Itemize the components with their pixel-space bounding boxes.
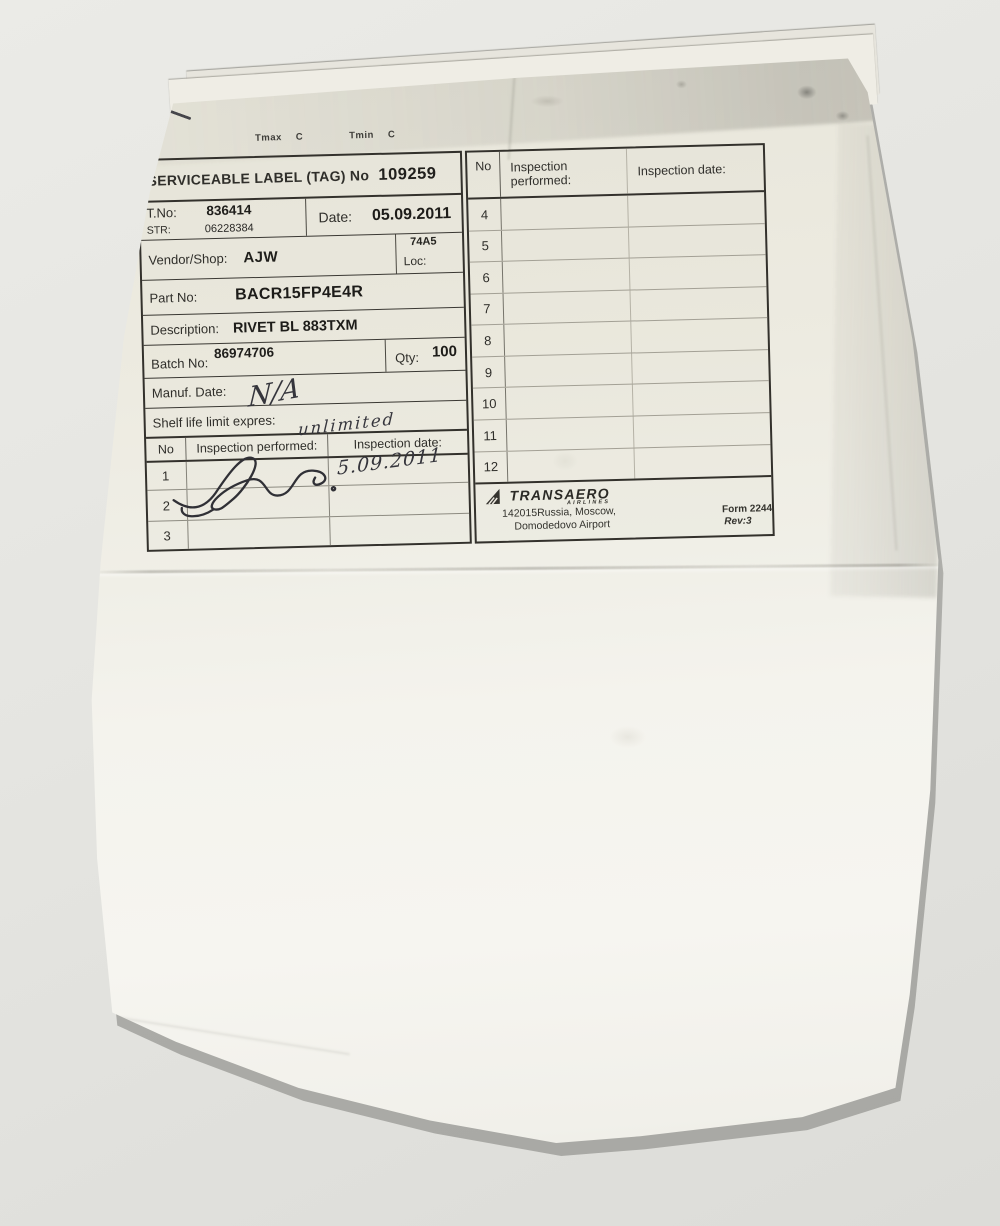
date-label: Date: — [318, 208, 352, 225]
inspection-rows: 4 5 6 7 8 9 10 11 12 — [468, 192, 771, 484]
qty-label: Qty: — [395, 350, 419, 366]
serviceable-label-form: SERVICEABLE LABEL (TAG) No 109259 T.No: … — [137, 143, 775, 552]
str-label: STR: — [147, 224, 171, 237]
performed-cell — [188, 517, 331, 549]
photo-scene: TmaxCTminC SERVICEABLE LABEL (TAG) No 10… — [0, 0, 1000, 1226]
qty-cell: Qty: 100 — [385, 338, 466, 372]
col-performed-header: Inspection performed: — [500, 149, 628, 197]
performed-cell — [504, 322, 632, 356]
form-revision: Rev:3 — [724, 516, 752, 528]
inspection-table-right: No Inspection performed: Inspection date… — [465, 143, 775, 543]
date-cell — [634, 413, 771, 447]
row-number: 4 — [468, 199, 502, 230]
date-cell — [630, 255, 767, 289]
row-number: 6 — [470, 262, 504, 293]
performed-cell — [508, 448, 636, 482]
tno-cell: T.No: 836414 STR: 06228384 — [140, 199, 307, 240]
part-no-label: Part No: — [149, 289, 197, 305]
str-value: 06228384 — [205, 222, 254, 235]
signature — [166, 441, 363, 518]
label-title: SERVICEABLE LABEL (TAG) No — [147, 167, 369, 189]
row-number: 3 — [148, 521, 189, 550]
batch-value: 86974706 — [214, 345, 274, 362]
date-value: 05.09.2011 — [372, 205, 452, 225]
batch-label: Batch No: — [151, 355, 208, 371]
date-cell — [634, 445, 771, 479]
inspection-header-right: No Inspection performed: Inspection date… — [467, 145, 764, 199]
tmin-unit: C — [388, 129, 396, 140]
col-date-header: Inspection date: — [627, 145, 764, 193]
date-cell — [633, 381, 770, 415]
part-no-value: BACR15FP4E4R — [235, 283, 364, 304]
row-number: 5 — [469, 230, 503, 261]
performed-cell — [502, 227, 630, 261]
loc-label: Loc: — [403, 254, 426, 269]
row-number: 9 — [472, 357, 506, 388]
manuf-date-label: Manuf. Date: — [152, 384, 227, 401]
row-number: 7 — [471, 293, 505, 324]
vendor-cell: Vendor/Shop: AJW — [141, 234, 396, 279]
qty-value: 100 — [432, 343, 457, 361]
manuf-date-handwritten-value: N/A — [248, 377, 301, 409]
performed-cell — [504, 290, 632, 324]
tno-label: T.No: — [146, 205, 177, 221]
vendor-value: AJW — [243, 248, 278, 266]
tmin-label: Tmin — [349, 130, 374, 142]
batch-cell: Batch No: 86974706 — [144, 340, 386, 378]
date-cell — [330, 514, 470, 546]
transaero-logo-icon — [484, 488, 506, 506]
shelf-life-label: Shelf life limit expres: — [152, 412, 275, 430]
date-cell — [632, 350, 769, 384]
brand-text-block: TRANSAERO AIRLINES — [509, 485, 610, 508]
date-cell — [628, 192, 765, 226]
description-label: Description: — [150, 321, 219, 338]
tag-number: 109259 — [378, 164, 437, 184]
date-cell — [629, 224, 766, 258]
form-number: Form 2244 — [722, 503, 772, 515]
row-number: 8 — [471, 325, 505, 356]
paper-sheet: TmaxCTminC SERVICEABLE LABEL (TAG) No 10… — [55, 45, 950, 1170]
performed-cell — [505, 353, 633, 387]
loc-cell: 74A5 Loc: — [395, 233, 463, 274]
address-line-2: Domodedovo Airport — [514, 518, 610, 532]
vendor-label: Vendor/Shop: — [148, 251, 227, 268]
tno-value: 836414 — [206, 202, 251, 218]
performed-cell — [501, 196, 629, 230]
col-no-header: No — [467, 152, 501, 198]
tmax-label: Tmax — [255, 132, 282, 144]
form-footer: TRANSAERO AIRLINES 142015Russia, Moscow,… — [475, 477, 772, 541]
tmax-unit: C — [296, 132, 304, 143]
loc-code: 74A5 — [410, 235, 437, 248]
performed-cell — [503, 259, 631, 293]
performed-cell — [506, 385, 634, 419]
row-number: 10 — [473, 388, 507, 419]
description-value: RIVET BL 883TXM — [233, 317, 358, 336]
date-cell: Date: 05.09.2011 — [306, 195, 462, 236]
date-cell — [630, 287, 767, 321]
row-number: 12 — [475, 451, 509, 482]
row-number: 11 — [474, 420, 508, 451]
label-main-table: SERVICEABLE LABEL (TAG) No 109259 T.No: … — [137, 151, 472, 552]
date-cell — [631, 318, 768, 352]
performed-cell — [507, 416, 635, 450]
